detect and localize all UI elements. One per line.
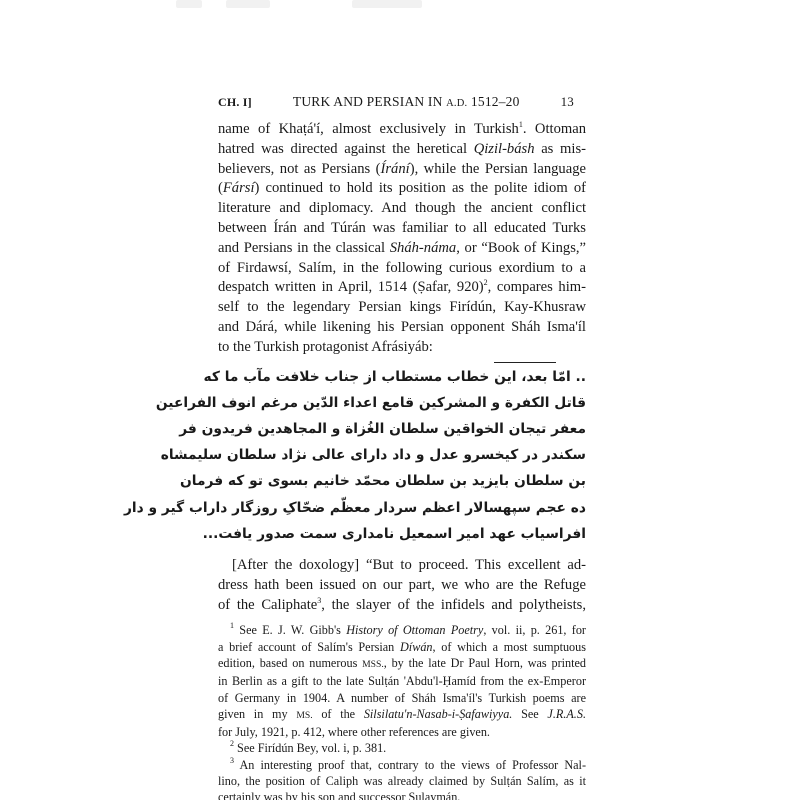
text-line: and Dárá, while likening his Persian opp…: [218, 318, 586, 338]
arabic-line: سکندر در کیخسرو عدل و داد دارای عالی نژا…: [218, 442, 586, 468]
text-line: name of Khaṭá'í, almost exclusively in T…: [218, 120, 586, 140]
italic-term: J.R.A.S.: [547, 707, 586, 721]
quote-overline: [494, 362, 556, 363]
footnote-marker: 1: [230, 621, 234, 630]
arabic-line: بن سلطان بایزید بن سلطان محمّد خانیم بسو…: [218, 468, 586, 494]
italic-term: Írání: [381, 161, 410, 177]
footnote-line: 3 An interesting proof that, contrary to…: [218, 757, 586, 773]
arabic-line: ده عجم سپهسالار اعظم سردار معظّم ضحّاکِ …: [218, 495, 586, 521]
bleed-through-mark: [176, 0, 202, 8]
body-paragraph: name of Khaṭá'í, almost exclusively in T…: [218, 120, 586, 358]
footnote-line: in Berlin as a gift to the late Sulṭán '…: [218, 673, 586, 689]
running-title-main: TURK AND PERSIAN IN: [293, 94, 446, 109]
footnote-marker: 3: [317, 596, 321, 605]
footnote-line: 2 See Firídún Bey, vol. i, p. 381.: [218, 740, 586, 756]
text-line: literature and diplomacy. And though the…: [218, 199, 586, 219]
arabic-quotation: .. امّا بعد، این خطاب مستطاب از جناب خلا…: [218, 364, 586, 547]
small-caps-term: MSS.: [362, 659, 384, 670]
text-line: [After the doxology] “But to proceed. Th…: [218, 556, 586, 576]
book-page: CH. I] TURK AND PERSIAN IN A.D. 1512–20 …: [218, 94, 586, 800]
small-caps-term: MS.: [296, 710, 312, 721]
chapter-marker: CH. I]: [218, 95, 252, 110]
footnote-line: edition, based on numerous MSS., by the …: [218, 655, 586, 673]
text-line: to the Turkish protagonist Afrásiyáb:: [218, 338, 586, 358]
footnote-line: of Germany in 1904. A number of Sháh Ism…: [218, 690, 586, 706]
footnote-line: given in my MS. of the Silsilatu'n-Nasab…: [218, 706, 586, 724]
text-line: hatred was directed against the heretica…: [218, 140, 586, 160]
italic-term: Qizil-básh: [474, 141, 535, 157]
text-line: dress hath been issued on our part, we w…: [218, 576, 586, 596]
footnote-line: for July, 1921, p. 412, where other refe…: [218, 724, 586, 740]
italic-term: History of Ottoman Poetry: [346, 623, 483, 637]
text-line: and Persians in the classical Sháh-náma,…: [218, 239, 586, 259]
footnote-marker: 2: [230, 739, 234, 748]
footnote-marker: 2: [484, 278, 488, 287]
italic-term: Sháh-náma: [390, 240, 456, 256]
arabic-line: معفر تیجان الخواقین سلطان الغُزاة و المج…: [218, 416, 586, 442]
running-title-era: A.D.: [446, 98, 467, 109]
text-line: self to the legendary Persian kings Firí…: [218, 298, 586, 318]
bleed-through-mark: [226, 0, 270, 8]
text-line: despatch written in April, 1514 (Ṣafar, …: [218, 278, 586, 298]
footnote-line: 1 See E. J. W. Gibb's History of Ottoman…: [218, 622, 586, 638]
text-line: between Írán and Túrán was familiar to a…: [218, 219, 586, 239]
footnote-marker: 3: [230, 756, 234, 765]
page-number: 13: [561, 94, 586, 110]
footnote-marker: 1: [519, 120, 523, 129]
bleed-through-mark: [352, 0, 422, 8]
italic-term: Díwán: [400, 640, 433, 654]
running-head: CH. I] TURK AND PERSIAN IN A.D. 1512–20 …: [218, 94, 586, 114]
text-line: believers, not as Persians (Írání), whil…: [218, 160, 586, 180]
italic-term: Fársí: [223, 180, 255, 196]
arabic-line: .. امّا بعد، این خطاب مستطاب از جناب خلا…: [218, 364, 586, 390]
running-title-years: 1512–20: [467, 94, 519, 109]
text-line: of Firdawsí, Salím, in the following cur…: [218, 259, 586, 279]
arabic-line: قاتل الکفرة و المشرکین قامع اعداء الدّین…: [218, 390, 586, 416]
italic-term: Silsilatu'n-Nasab-i-Ṣafawiyya.: [364, 707, 513, 721]
arabic-line: افراسیاب عهد امیر اسمعیل نامداری سمت صدو…: [218, 521, 586, 547]
footnotes: 1 See E. J. W. Gibb's History of Ottoman…: [218, 622, 586, 800]
footnote-line: lino, the position of Caliph was already…: [218, 773, 586, 789]
running-title: TURK AND PERSIAN IN A.D. 1512–20: [293, 94, 520, 110]
footnote-line: a brief account of Salím's Persian Díwán…: [218, 639, 586, 655]
footnote-line: certainly was by his son and successor S…: [218, 789, 586, 800]
text-line: (Fársí) continued to hold its position a…: [218, 179, 586, 199]
text-line: of the Caliphate3, the slayer of the inf…: [218, 596, 586, 616]
translation-paragraph: [After the doxology] “But to proceed. Th…: [218, 556, 586, 615]
